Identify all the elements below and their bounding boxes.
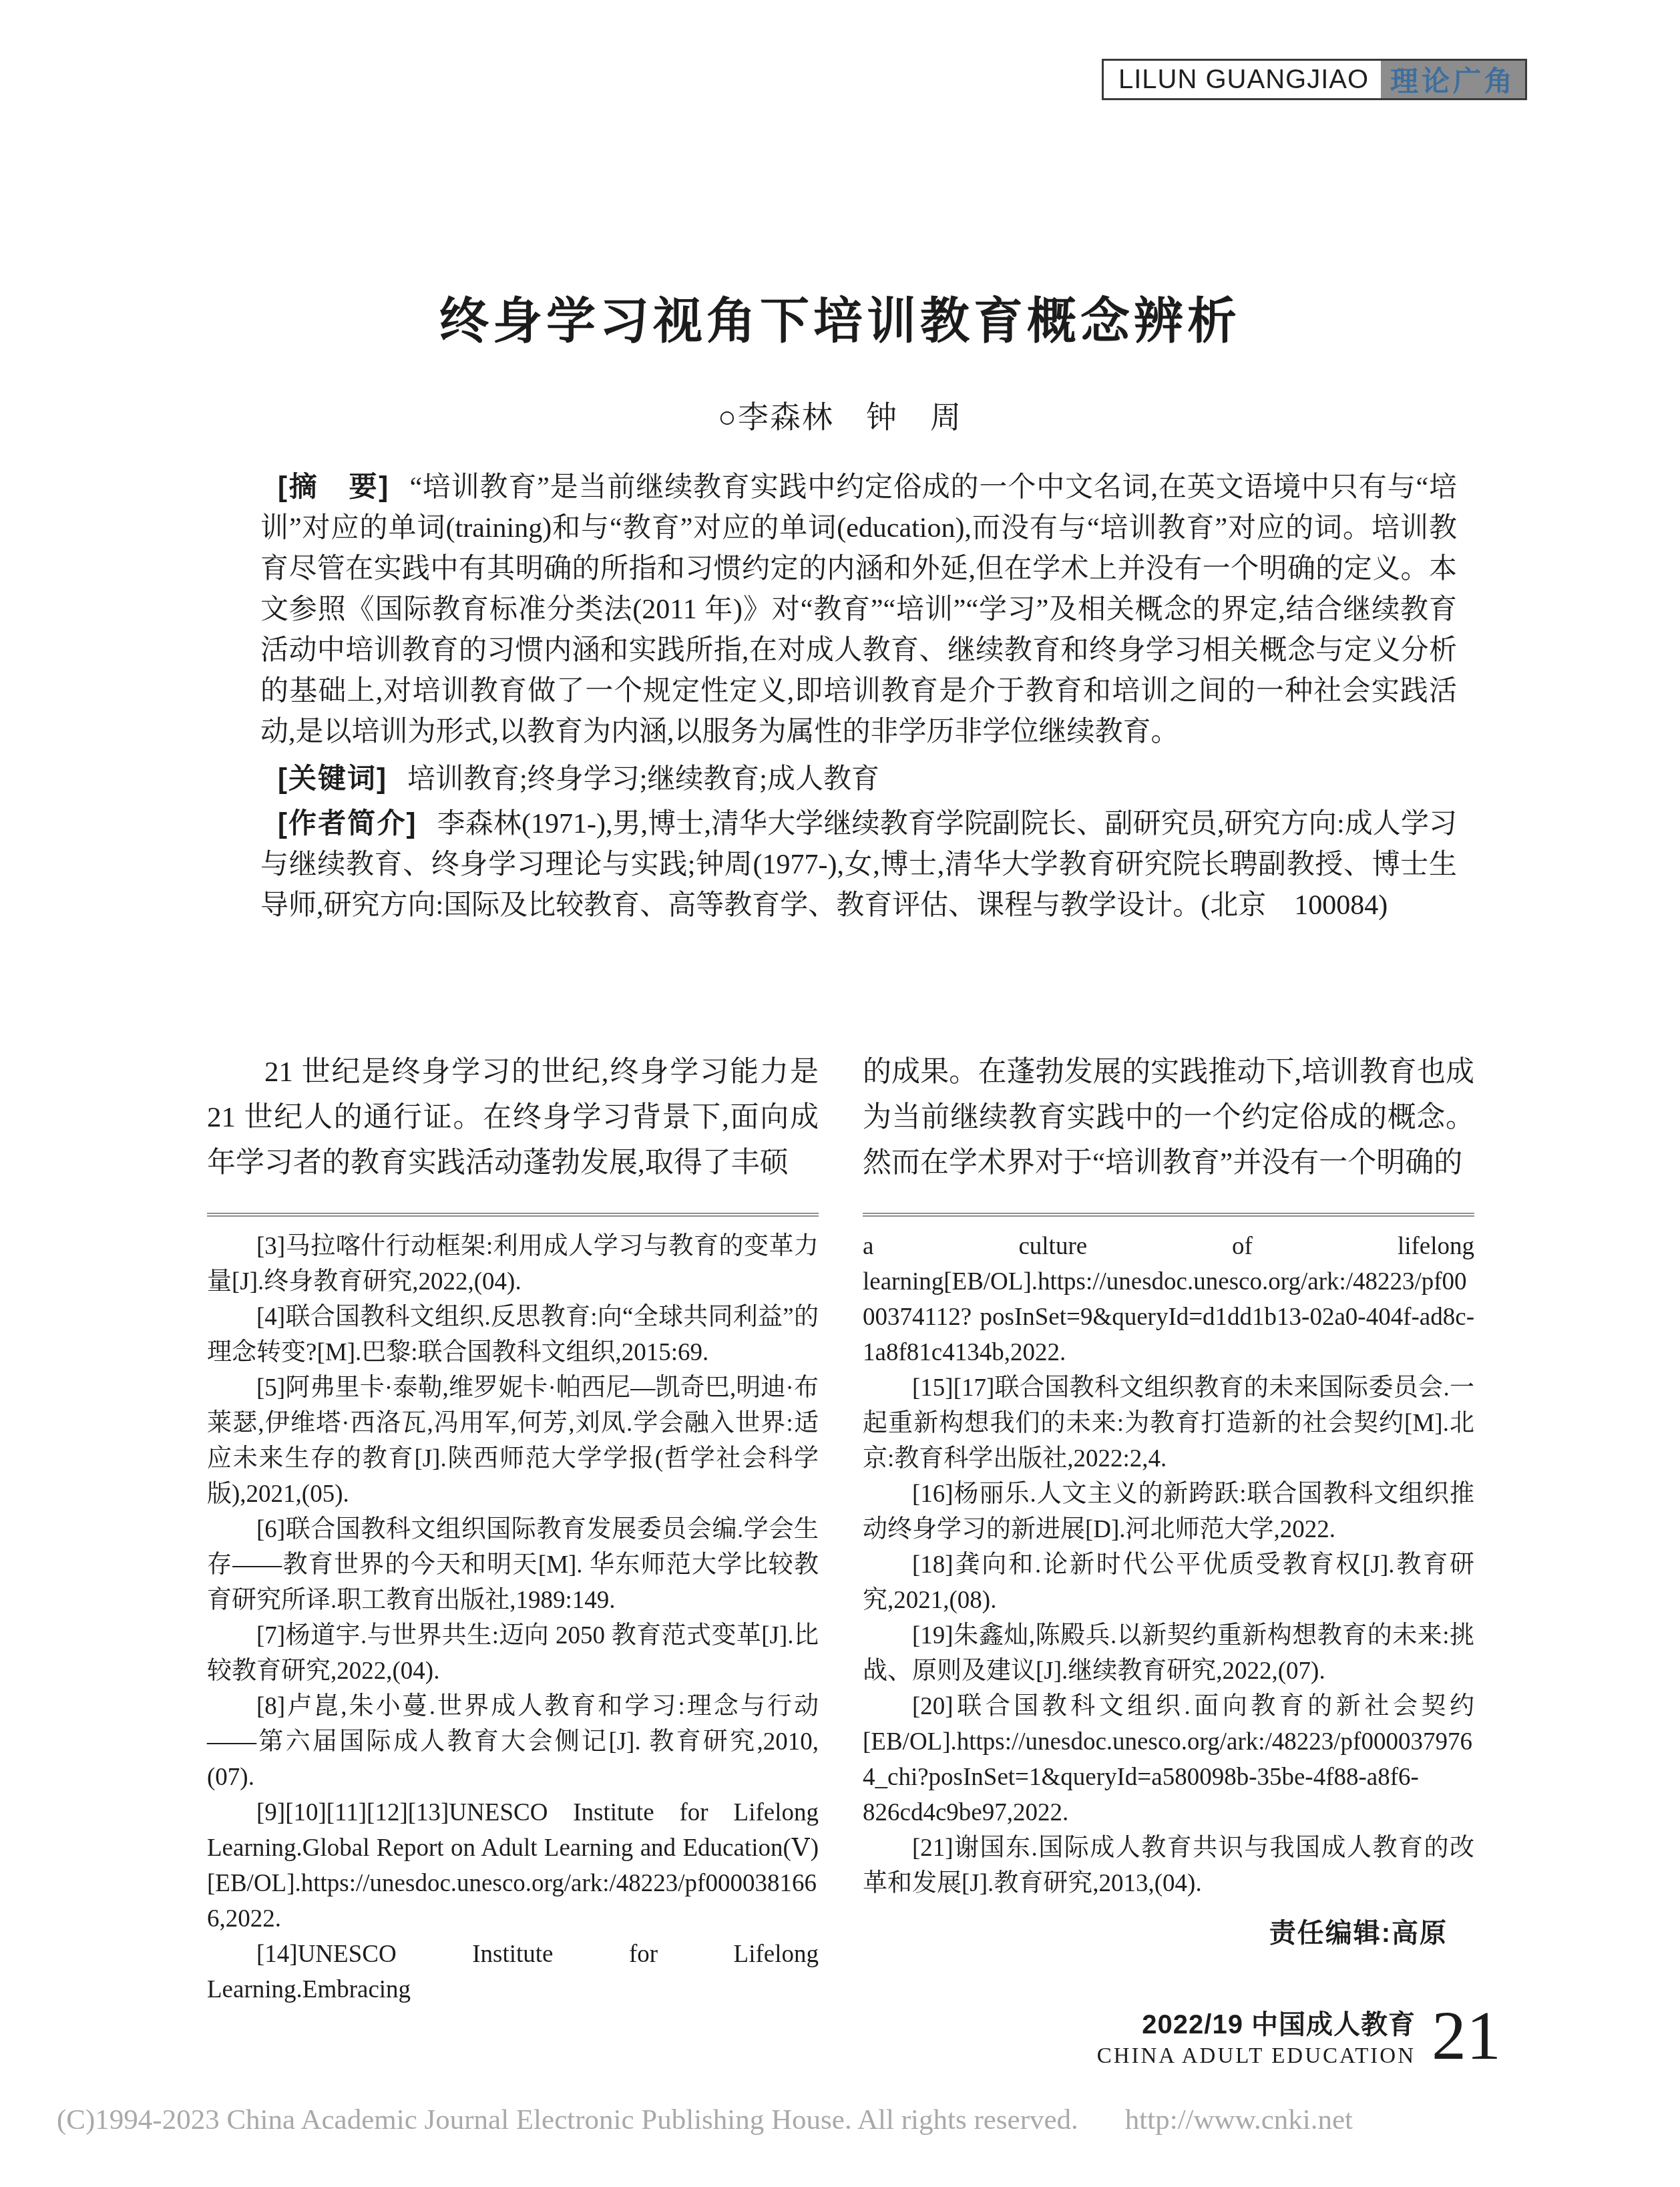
journal-footer: 2022/19 中国成人教育 CHINA ADULT EDUCATION 21: [1002, 2003, 1501, 2069]
reference-item: [6]联合国教科文组织国际教育发展委员会编.学会生存——教育世界的今天和明天[M…: [207, 1512, 819, 1618]
copyright-notice: (C)1994-2023 China Academic Journal Elec…: [57, 2104, 1078, 2136]
journal-issue: 2022/19 中国成人教育: [1097, 2003, 1416, 2041]
reference-item: [19]朱鑫灿,陈殿兵.以新契约重新构想教育的未来:挑战、原则及建议[J].继续…: [863, 1618, 1474, 1689]
abstract-paragraph: [摘 要]“培训教育”是当前继续教育实践中约定俗成的一个中文名词,在英文语境中只…: [260, 466, 1457, 753]
left-column: 21 世纪是终身学习的世纪,终身学习能力是 21 世纪人的通行证。在终身学习背景…: [207, 1050, 819, 2007]
reference-item: [4]联合国教科文组织.反思教育:向“全球共同利益”的理念转变?[M].巴黎:联…: [207, 1300, 819, 1370]
reference-item: [8]卢崑,朱小蔓.世界成人教育和学习:理念与行动——第六届国际成人教育大会侧记…: [207, 1689, 819, 1795]
reference-item: [18]龚向和.论新时代公平优质受教育权[J].教育研究,2021,(08).: [863, 1547, 1474, 1618]
authors-line: ○李森林 钟 周: [0, 393, 1680, 437]
reference-item: [16]杨丽乐.人文主义的新跨跃:联合国教科文组织推动终身学习的新进展[D].河…: [863, 1476, 1474, 1547]
reference-item: [20]联合国教科文组织.面向教育的新社会契约[EB/OL].https://u…: [863, 1689, 1474, 1830]
body-text-right: 的成果。在蓬勃发展的实践推动下,培训教育也成为当前继续教育实践中的一个约定俗成的…: [863, 1050, 1474, 1186]
frontmatter-block: [摘 要]“培训教育”是当前继续教育实践中约定俗成的一个中文名词,在英文语境中只…: [260, 466, 1457, 926]
author-bio-text: 李森林(1971-),男,博士,清华大学继续教育学院副院长、副研究员,研究方向:…: [260, 809, 1457, 921]
reference-item-continuation: a culture of lifelong learning[EB/OL].ht…: [863, 1229, 1474, 1370]
body-text-left: 21 世纪是终身学习的世纪,终身学习能力是 21 世纪人的通行证。在终身学习背景…: [207, 1050, 819, 1186]
section-badge-pinyin: LILUN GUANGJIAO: [1104, 61, 1381, 98]
keywords-label: [关键词]: [278, 763, 387, 794]
page-title: 终身学习视角下培训教育概念辨析: [0, 282, 1680, 353]
footnote-divider-left: [207, 1213, 819, 1217]
reference-item: [15][17]联合国教科文组织教育的未来国际委员会.一起重新构想我们的未来:为…: [863, 1370, 1474, 1476]
reference-item: [21]谢国东.国际成人教育共识与我国成人教育的改革和发展[J].教育研究,20…: [863, 1830, 1474, 1901]
journal-page: { "header_badge": { "pinyin": "LILUN GUA…: [0, 0, 1680, 2187]
author-bio-label: [作者简介]: [278, 807, 417, 839]
keywords-paragraph: [关键词]培训教育;终身学习;继续教育;成人教育: [260, 758, 1457, 800]
references-left: [3]马拉喀什行动框架:利用成人学习与教育的变革力量[J].终身教育研究,202…: [207, 1229, 819, 2007]
reference-item: [14]UNESCO Institute for Lifelong Learni…: [207, 1937, 819, 2007]
reference-item: [5]阿弗里卡·泰勒,维罗妮卡·帕西尼—凯奇巴,明迪·布莱瑟,伊维塔·西洛瓦,冯…: [207, 1370, 819, 1512]
page-number: 21: [1432, 2003, 1501, 2069]
footnote-divider-right: [863, 1213, 1474, 1217]
responsible-editor-line: 责任编辑:高原: [863, 1912, 1474, 1950]
journal-name-en: CHINA ADULT EDUCATION: [1097, 2044, 1416, 2069]
section-badge: LILUN GUANGJIAO 理论广角: [1102, 59, 1527, 100]
journal-footer-text: 2022/19 中国成人教育 CHINA ADULT EDUCATION: [1097, 2003, 1416, 2069]
right-column: 的成果。在蓬勃发展的实践推动下,培训教育也成为当前继续教育实践中的一个约定俗成的…: [863, 1050, 1474, 1950]
references-right: a culture of lifelong learning[EB/OL].ht…: [863, 1229, 1474, 1901]
keywords-text: 培训教育;终身学习;继续教育;成人教育: [407, 764, 879, 795]
abstract-text: “培训教育”是当前继续教育实践中约定俗成的一个中文名词,在英文语境中只有与“培训…: [260, 472, 1457, 747]
copyright-strip: (C)1994-2023 China Academic Journal Elec…: [57, 2104, 1646, 2136]
author-bio-paragraph: [作者简介]李森林(1971-),男,博士,清华大学继续教育学院副院长、副研究员…: [260, 803, 1457, 926]
section-badge-chinese: 理论广角: [1381, 61, 1525, 98]
reference-item: [3]马拉喀什行动框架:利用成人学习与教育的变革力量[J].终身教育研究,202…: [207, 1229, 819, 1300]
abstract-label: [摘 要]: [278, 471, 389, 502]
reference-item: [7]杨道宇.与世界共生:迈向 2050 教育范式变革[J].比较教育研究,20…: [207, 1618, 819, 1689]
cnki-url: http://www.cnki.net: [1125, 2104, 1353, 2136]
reference-item: [9][10][11][12][13]UNESCO Institute for …: [207, 1795, 819, 1937]
